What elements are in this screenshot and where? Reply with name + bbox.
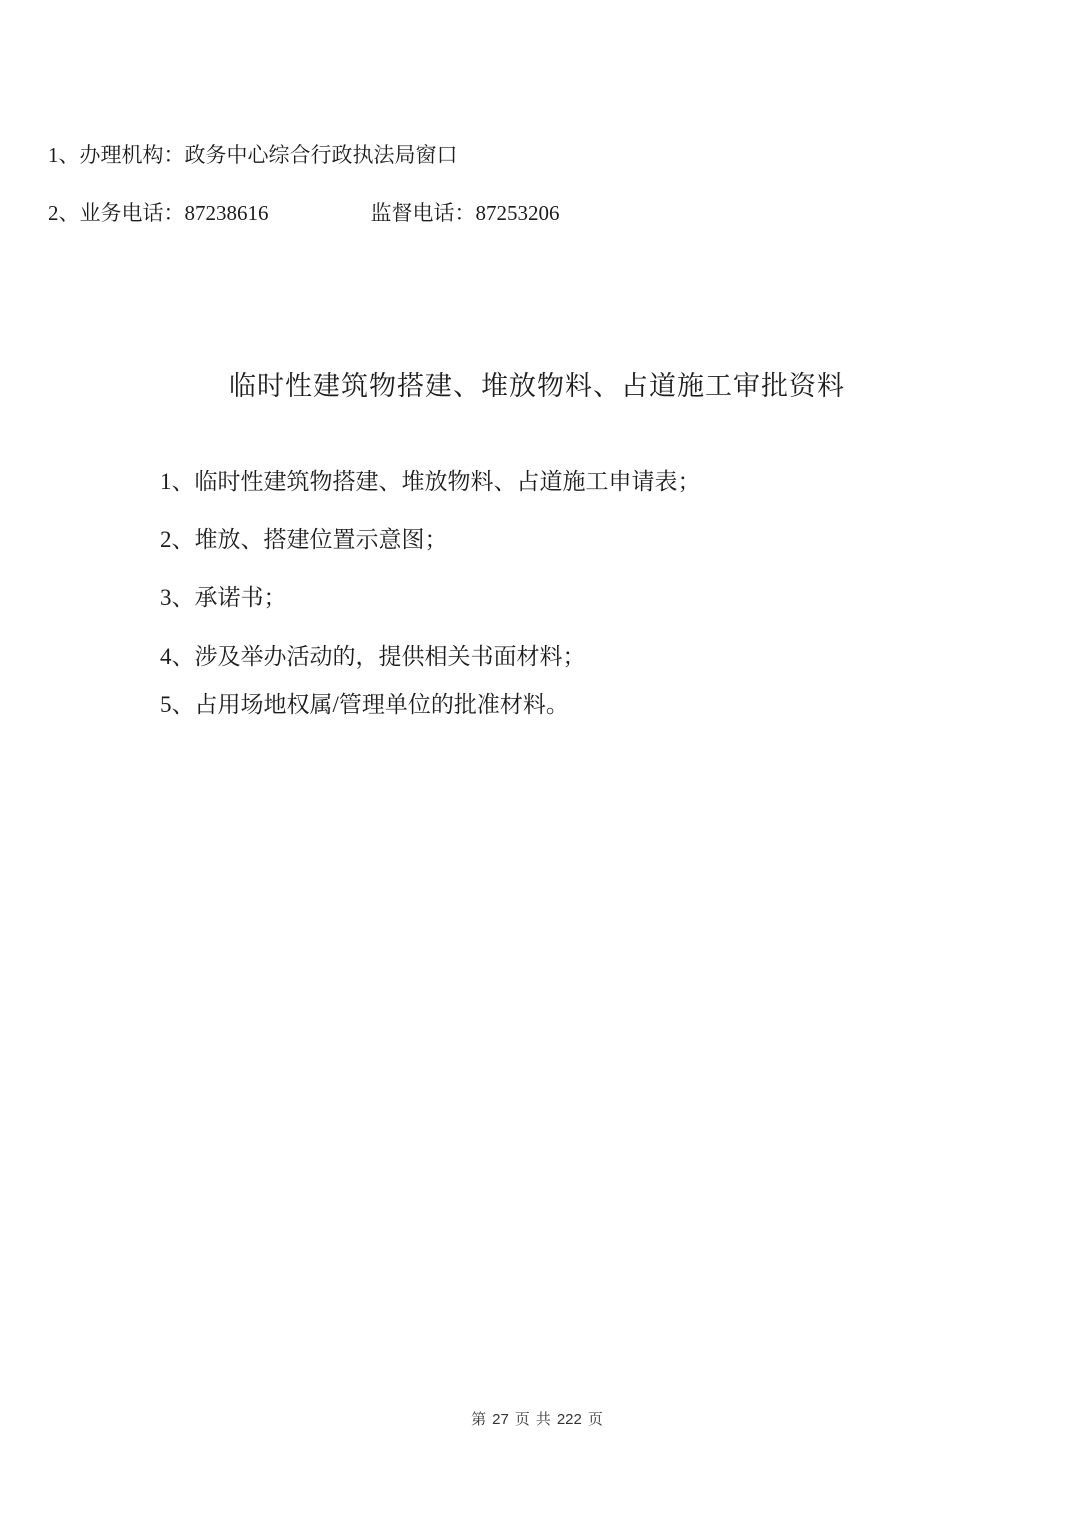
- footer-word-gong: 共: [536, 1412, 551, 1428]
- agency-line: 1、办理机构：政务中心综合行政执法局窗口: [48, 143, 458, 168]
- business-phone-label: 2、业务电话：: [48, 201, 185, 225]
- list-item-application-form: 1、临时性建筑物搭建、堆放物料、占道施工申请表；: [160, 468, 701, 496]
- footer-total-pages: 222: [557, 1411, 582, 1428]
- list-item-location-diagram: 2、堆放、搭建位置示意图；: [160, 526, 448, 554]
- phone-line: 2、业务电话：87238616监督电话：87253206: [48, 201, 560, 226]
- footer-current-page: 27: [492, 1411, 509, 1428]
- business-phone-number: 87238616: [185, 201, 269, 225]
- page-footer: 第27页共222页: [0, 1408, 1074, 1429]
- list-item-event-materials: 4、涉及举办活动的，提供相关书面材料；: [160, 643, 586, 671]
- list-item-commitment-letter: 3、承诺书；: [160, 584, 287, 612]
- footer-word-ye2: 页: [588, 1412, 603, 1428]
- document-page: 1、办理机构：政务中心综合行政执法局窗口 2、业务电话：87238616监督电话…: [0, 0, 1074, 1520]
- footer-word-ye1: 页: [515, 1412, 530, 1428]
- supervision-phone-label: 监督电话：: [371, 201, 476, 225]
- supervision-phone-number: 87253206: [476, 201, 560, 225]
- footer-word-di: 第: [471, 1412, 486, 1428]
- list-item-approval-materials: 5、占用场地权属/管理单位的批准材料。: [160, 691, 569, 719]
- section-title: 临时性建筑物搭建、堆放物料、占道施工审批资料: [0, 364, 1074, 403]
